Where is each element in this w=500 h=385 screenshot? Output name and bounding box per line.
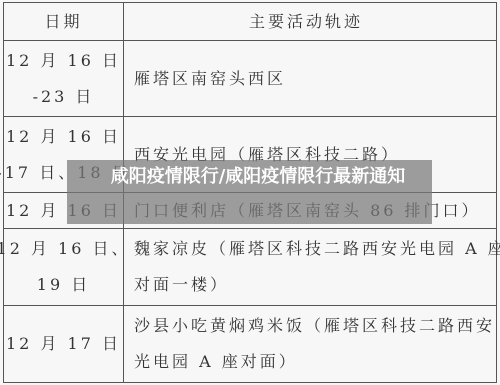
track-line: 对面一楼） [134, 267, 488, 303]
track-line: 光电园 A 座对面） [134, 344, 488, 380]
header-track-label: 主要活动轨迹 [249, 4, 363, 40]
header-date: 日期 [4, 3, 124, 40]
track-line: 雁塔区南窑头西区 [134, 61, 488, 97]
date-line: 12 月 16 日、 [0, 231, 131, 267]
date-cell: 12 月 17 日 [4, 306, 124, 382]
track-line: 魏家凉皮（雁塔区科技二路西安光电园 A 座 [134, 231, 488, 267]
date-line: -23 日 [33, 79, 95, 115]
table-header-row: 日期 主要活动轨迹 [4, 3, 496, 41]
track-cell: 雁塔区南窑头西区 [124, 41, 496, 116]
date-line: 12 月 16 日 [6, 43, 121, 79]
date-line: 19 日 [37, 267, 90, 303]
track-line: 沙县小吃黄焖鸡米饭（雁塔区科技二路西安 [134, 308, 488, 344]
track-cell: 沙县小吃黄焖鸡米饭（雁塔区科技二路西安 光电园 A 座对面） [124, 306, 496, 382]
date-cell: 12 月 16 日 -23 日 [4, 41, 124, 116]
overlay-title: 咸阳疫情限行/咸阳疫情限行最新通知 [88, 165, 428, 189]
date-cell: 12 月 16 日、 19 日 [4, 229, 124, 305]
track-cell: 魏家凉皮（雁塔区科技二路西安光电园 A 座 对面一楼） [124, 229, 496, 305]
date-line: 12 月 17 日 [6, 326, 121, 362]
table-row: 12 月 17 日 沙县小吃黄焖鸡米饭（雁塔区科技二路西安 光电园 A 座对面） [4, 306, 496, 382]
header-track: 主要活动轨迹 [124, 3, 496, 40]
table-row: 12 月 16 日 -23 日 雁塔区南窑头西区 [4, 41, 496, 117]
table-row: 12 月 16 日、 19 日 魏家凉皮（雁塔区科技二路西安光电园 A 座 对面… [4, 229, 496, 306]
date-line: 12 月 16 日 [6, 119, 121, 155]
header-date-label: 日期 [44, 4, 82, 40]
